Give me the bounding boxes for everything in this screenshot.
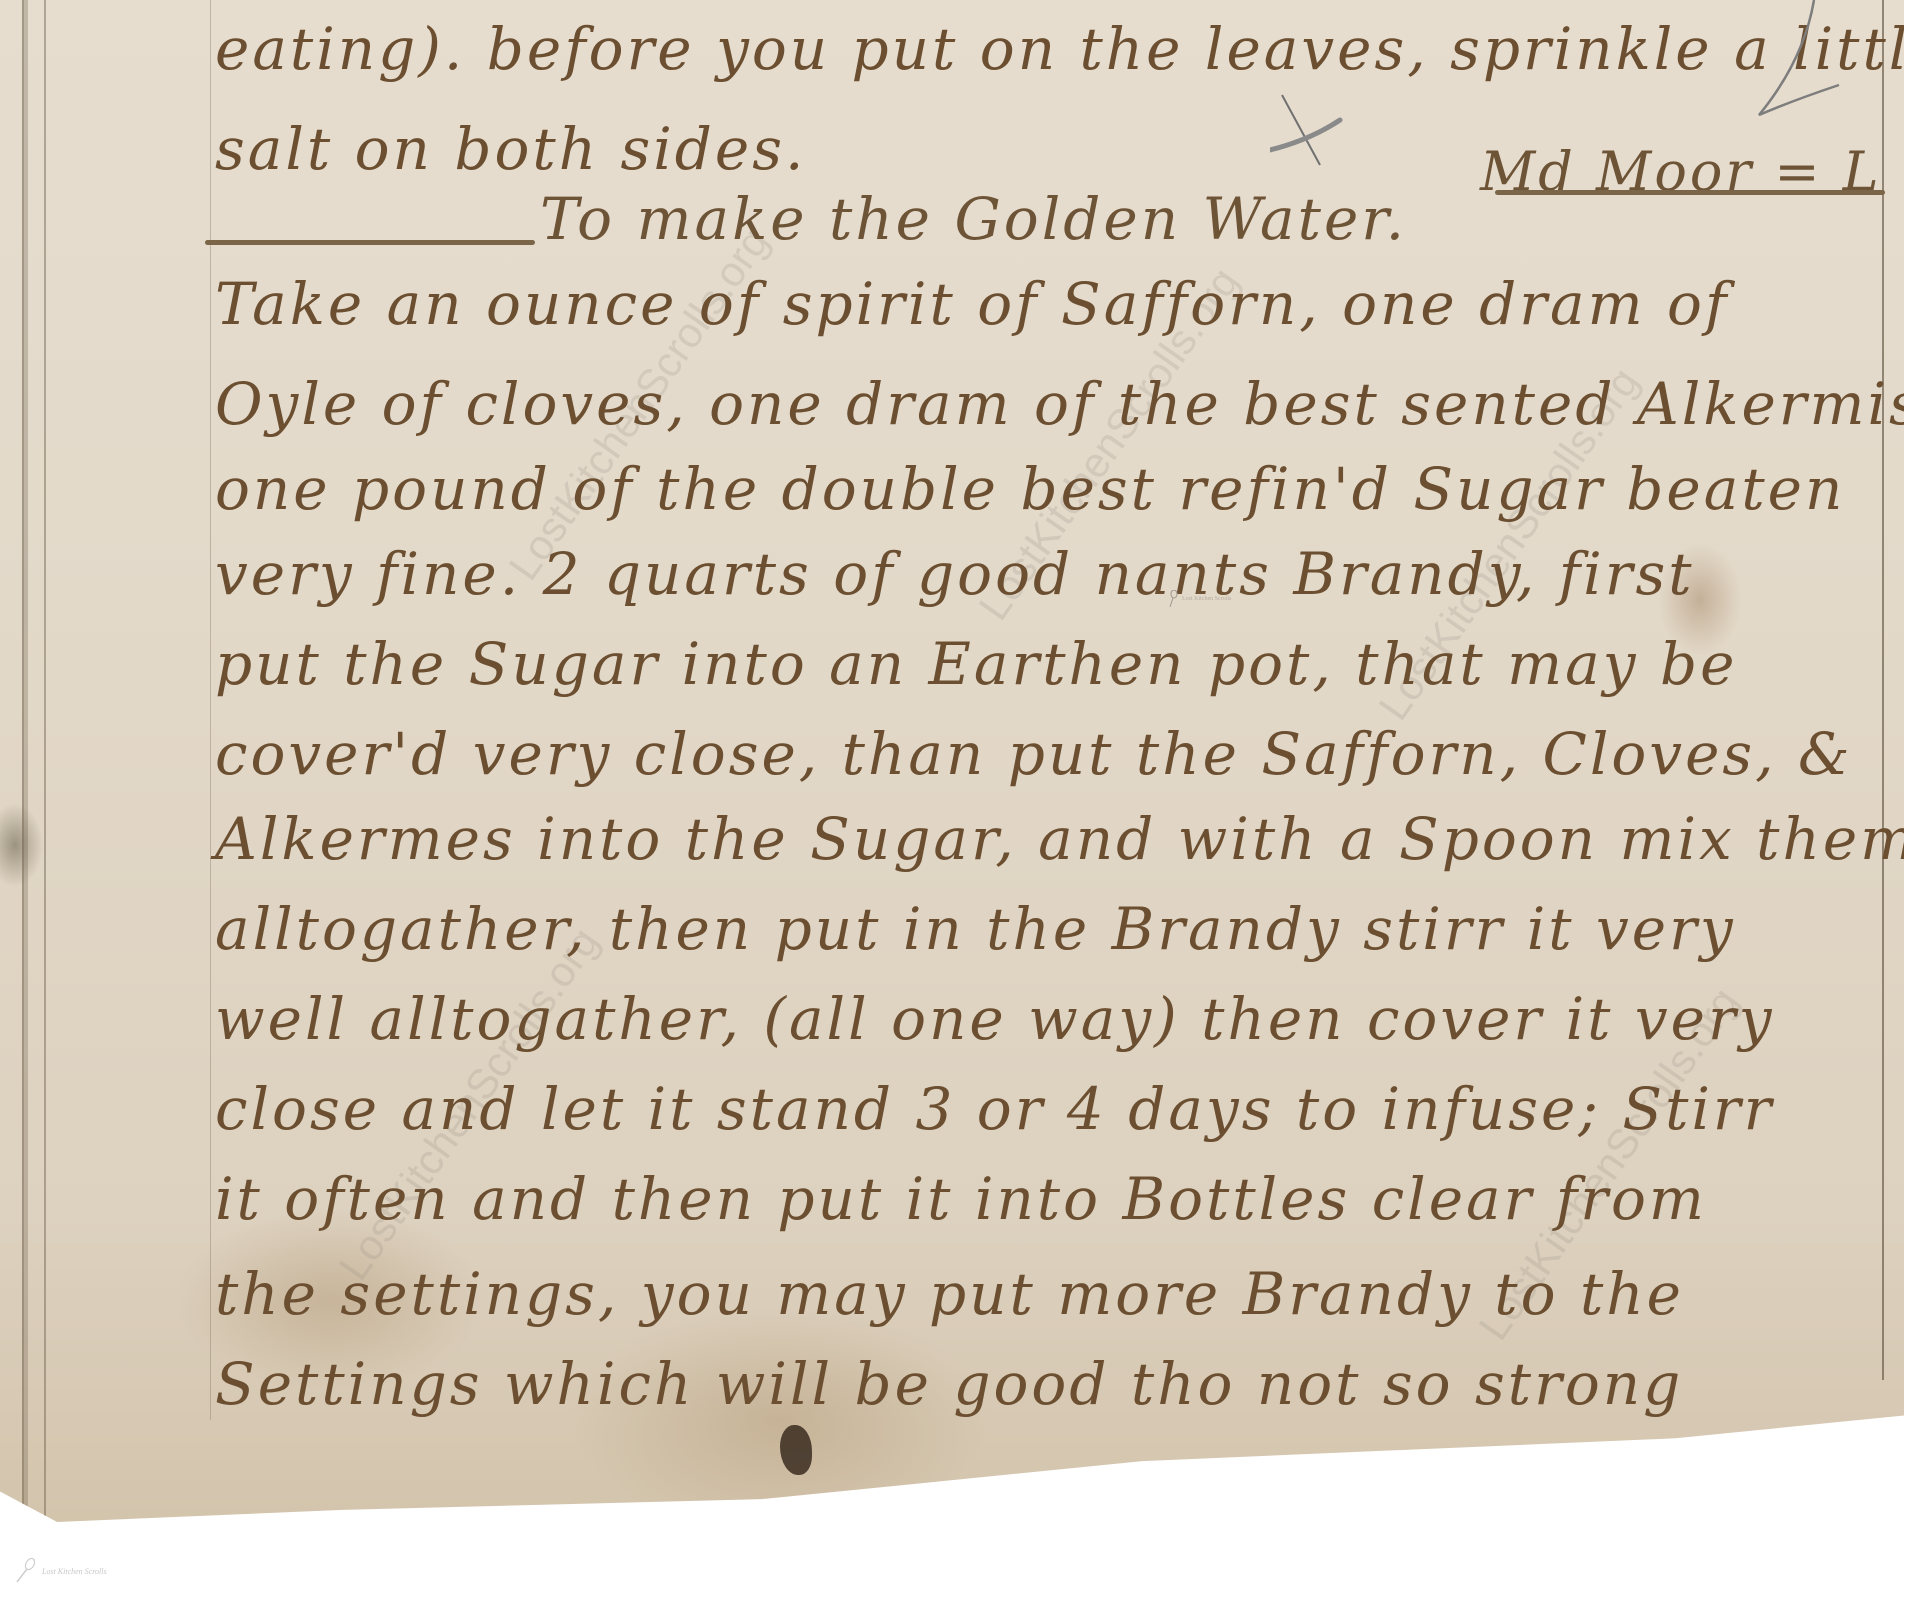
- text-line: Alkermes into the Sugar, and with a Spoo…: [215, 805, 1844, 873]
- text-line: well alltogather, (all one way) then cov…: [215, 985, 1844, 1053]
- text-line: very fine. 2 quarts of good nants Brandy…: [215, 540, 1844, 608]
- manuscript-page: LostKitchenScrolls.org LostKitchenScroll…: [0, 0, 1904, 1522]
- text-line: one pound of the double best refin'd Sug…: [215, 455, 1844, 523]
- center-logo-text: Lost Kitchen Scrolls: [1182, 596, 1231, 602]
- text-line: it often and then put it into Bottles cl…: [215, 1165, 1844, 1233]
- spoon-icon: [1168, 590, 1178, 608]
- title-rule-left: [205, 240, 535, 245]
- margin-rule: [210, 0, 211, 1420]
- text-line: Oyle of cloves, one dram of the best sen…: [215, 370, 1844, 438]
- text-line: Take an ounce of spirit of Safforn, one …: [215, 270, 1844, 338]
- text-line: eating). before you put on the leaves, s…: [215, 15, 1844, 83]
- text-line: cover'd very close, than put the Safforn…: [215, 720, 1844, 788]
- title-rule-right: [1495, 190, 1885, 195]
- text-line: the settings, you may put more Brandy to…: [215, 1260, 1844, 1328]
- text-line: Settings which will be good tho not so s…: [215, 1350, 1844, 1418]
- page-stack-edge: [22, 0, 46, 1522]
- footer-logo-text: Lost Kitchen Scrolls: [42, 1567, 107, 1576]
- footer-logo: Lost Kitchen Scrolls: [14, 1558, 107, 1584]
- pencil-x-mark-icon: [1270, 90, 1350, 170]
- text-line: put the Sugar into an Earthen pot, that …: [215, 630, 1844, 698]
- text-line: alltogather, then put in the Brandy stir…: [215, 895, 1844, 963]
- ink-blot: [780, 1425, 812, 1475]
- page-right-edge: [1882, 0, 1884, 1380]
- text-line: close and let it stand 3 or 4 days to in…: [215, 1075, 1844, 1143]
- center-watermark-logo: Lost Kitchen Scrolls: [1168, 590, 1231, 608]
- pencil-bracket-icon: [1724, 0, 1844, 120]
- spoon-icon: [14, 1558, 36, 1584]
